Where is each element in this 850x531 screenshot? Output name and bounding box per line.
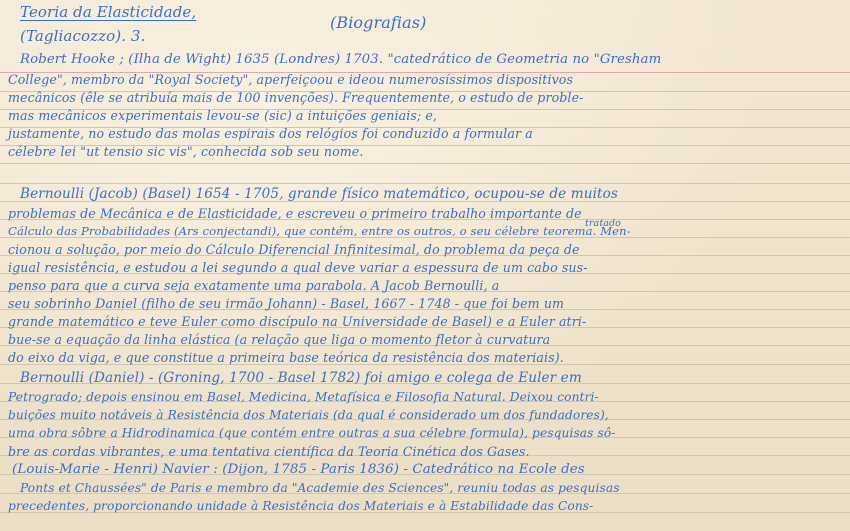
entry-line: justamente, no estudo das molas espirais… bbox=[8, 126, 533, 141]
index-card: Teoria da Elasticidade, (Tagliacozzo). 3… bbox=[0, 0, 850, 531]
card-source: (Tagliacozzo). 3. bbox=[20, 27, 145, 45]
entry-line: problemas de Mecânica e de Elasticidade,… bbox=[8, 206, 582, 221]
entry-line: igual resistência, e estudou a lei segun… bbox=[8, 260, 588, 275]
entry-line: grande matemático e teve Euler como disc… bbox=[8, 314, 586, 329]
ruled-line bbox=[0, 183, 850, 184]
entry-line: Cálculo das Probabilidades (Ars conjecta… bbox=[8, 224, 631, 238]
entry-line: uma obra sôbre a Hidrodinamica (que cont… bbox=[8, 426, 616, 440]
entry-line: buições muito notáveis à Resistência dos… bbox=[8, 408, 609, 422]
entry-line: Bernoulli (Jacob) (Basel) 1654 - 1705, g… bbox=[20, 186, 618, 202]
entry-line: seu sobrinho Daniel (filho de seu irmão … bbox=[8, 296, 564, 311]
entry-line: Petrogrado; depois ensinou em Basel, Med… bbox=[8, 390, 599, 404]
entry-line: Bernoulli (Daniel) - (Groning, 1700 - Ba… bbox=[20, 370, 582, 386]
entry-line: bue-se a equação da linha elástica (a re… bbox=[8, 332, 550, 347]
card-topic: Teoria da Elasticidade, bbox=[20, 3, 196, 21]
entry-line: mas mecânicos experimentais levou-se (si… bbox=[8, 108, 437, 123]
entry-line: célebre lei "ut tensio sic vis", conheci… bbox=[8, 144, 363, 159]
entry-line: Ponts et Chaussées" de Paris e membro da… bbox=[20, 481, 620, 495]
entry-line: do eixo da viga, e que constitue a prime… bbox=[8, 350, 564, 365]
ruled-line bbox=[0, 163, 850, 164]
entry-line: mecânicos (êle se atribuía mais de 100 i… bbox=[8, 90, 583, 105]
entry-line: College", membro da "Royal Society", ape… bbox=[8, 72, 573, 87]
entry-line: cionou a solução, por meio do Cálculo Di… bbox=[8, 242, 580, 257]
card-category: (Biografias) bbox=[330, 13, 426, 32]
entry-line: bre as cordas vibrantes, e uma tentativa… bbox=[8, 444, 530, 459]
entry-line: Robert Hooke ; (Ilha de Wight) 1635 (Lon… bbox=[20, 52, 661, 67]
entry-line: penso para que a curva seja exatamente u… bbox=[8, 278, 499, 293]
entry-line: precedentes, proporcionando unidade à Re… bbox=[8, 499, 593, 513]
entry-line: (Louis-Marie - Henri) Navier : (Dijon, 1… bbox=[12, 462, 585, 477]
